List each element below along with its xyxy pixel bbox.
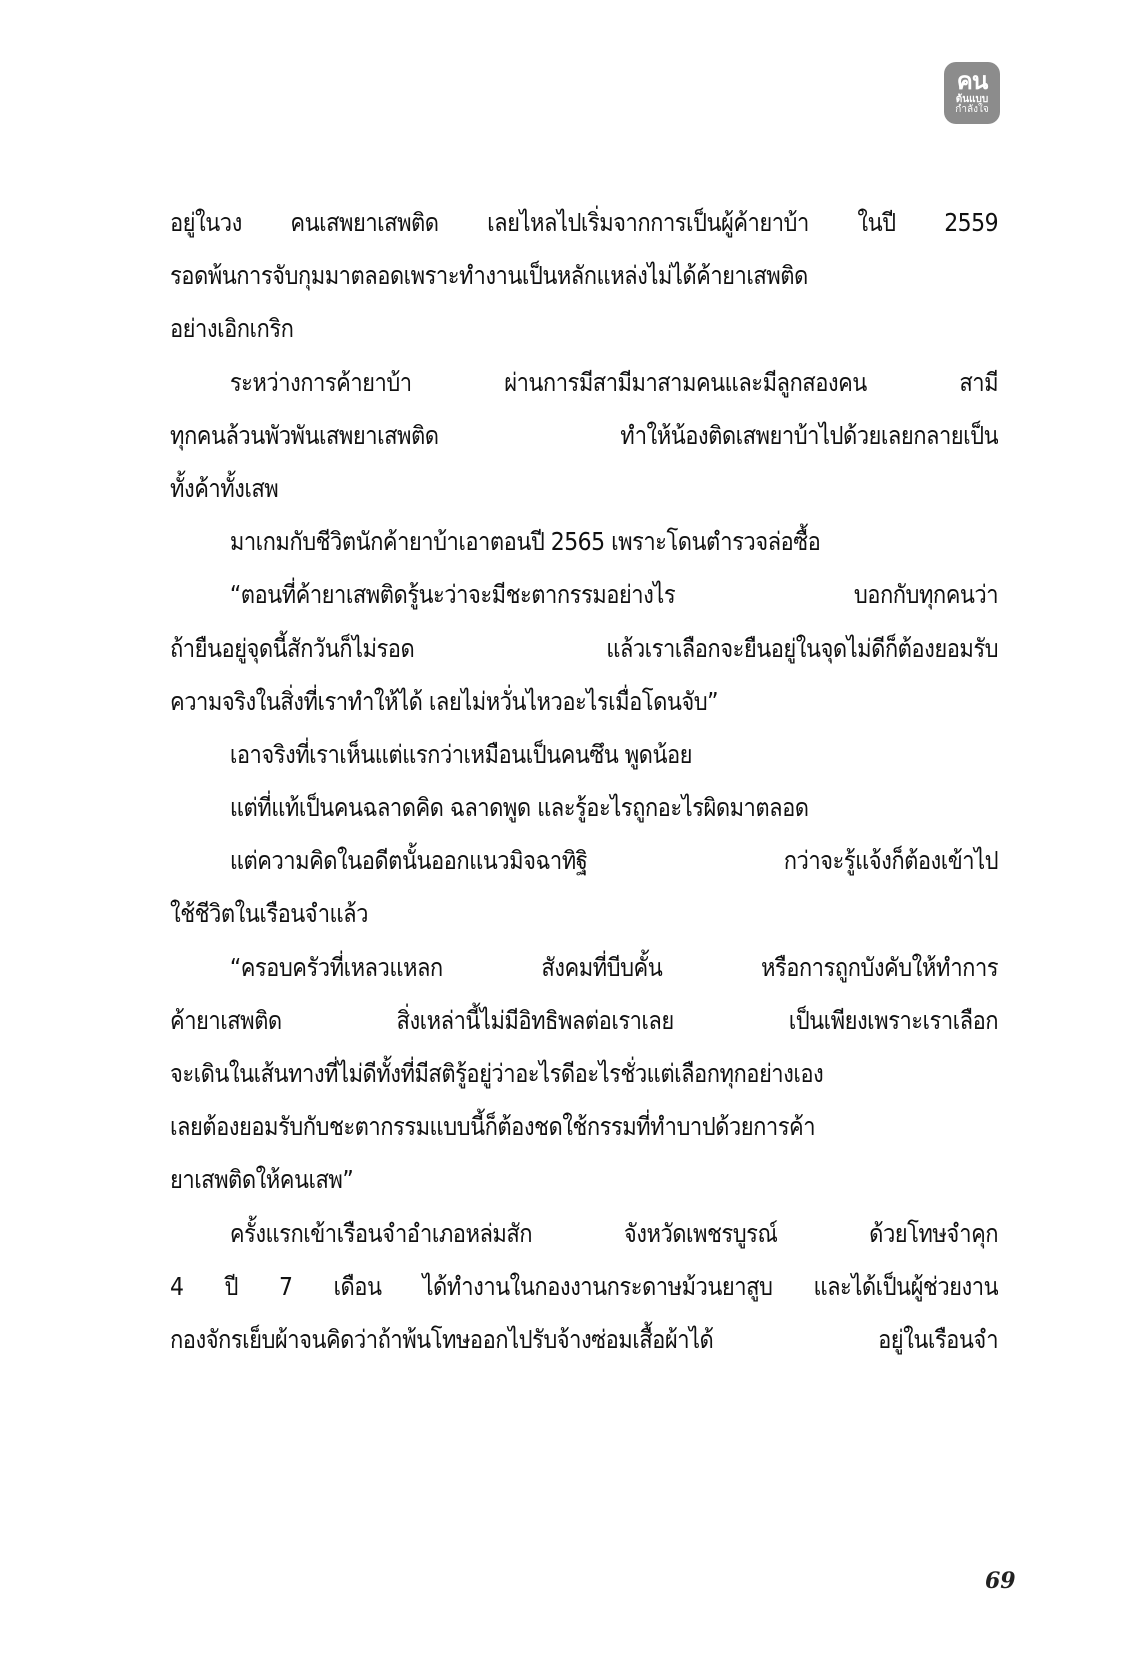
text-line: ค้ายาเสพติด สิ่งเหล่านี้ไม่มีอิทธิพลต่อเ…	[170, 994, 998, 1047]
text-line: “ตอนที่ค้ายาเสพติดรู้นะว่าจะมีชะตากรรมอย…	[170, 568, 998, 621]
text-line: ทั้งค้าทั้งเสพ	[170, 462, 899, 515]
text-line: จะเดินในเส้นทางที่ไม่ดีทั้งที่มีสติรู้อย…	[170, 1047, 998, 1100]
text-line: “ครอบครัวที่เหลวแหลก สังคมที่บีบคั้น หรื…	[170, 941, 998, 994]
text-line: เลยต้องยอมรับกับชะตากรรมแบบนี้ก็ต้องชดใช…	[170, 1100, 998, 1153]
text-line: ครั้งแรกเข้าเรือนจำอำเภอหล่มสัก จังหวัดเ…	[170, 1207, 998, 1260]
text-line: ทุกคนล้วนพัวพันเสพยาเสพติด ทำให้น้องติดเ…	[170, 409, 998, 462]
text-line: มาเกมกับชีวิตนักค้ายาบ้าเอาตอนปี 2565 เพ…	[170, 515, 899, 568]
logo-subtitle-1: ต้นแบบ	[956, 95, 988, 105]
text-line: เอาจริงที่เราเห็นแต่แรกว่าเหมือนเป็นคนซึ…	[170, 728, 899, 781]
text-line: อย่างเอิกเกริก	[170, 302, 899, 355]
text-line: แต่ความคิดในอดีตนั้นออกแนวมิจฉาทิฐิ กว่า…	[170, 834, 998, 887]
text-line: รอดพ้นการจับกุมมาตลอดเพราะทำงานเป็นหลักแ…	[170, 249, 998, 302]
logo-subtitle-2: กำลังใจ	[955, 105, 988, 115]
text-line: ความจริงในสิ่งที่เราทำให้ได้ เลยไม่หวั่น…	[170, 675, 899, 728]
book-logo-badge: คน ต้นแบบ กำลังใจ	[944, 62, 1000, 124]
text-line: แต่ที่แท้เป็นคนฉลาดคิด ฉลาดพูด และรู้อะไ…	[170, 781, 899, 834]
text-line: กองจักรเย็บผ้าจนคิดว่าถ้าพ้นโทษออกไปรับจ…	[170, 1313, 998, 1366]
text-line: ใช้ชีวิตในเรือนจำแล้ว	[170, 887, 899, 940]
text-line: ระหว่างการค้ายาบ้า ผ่านการมีสามีมาสามคนแ…	[170, 356, 998, 409]
page-body-text: อยู่ในวง คนเสพยาเสพติด เลยไหลไปเริ่มจากก…	[170, 196, 998, 1366]
text-line: อยู่ในวง คนเสพยาเสพติด เลยไหลไปเริ่มจากก…	[170, 196, 998, 249]
logo-title: คน	[957, 70, 987, 94]
text-line: 4 ปี 7 เดือน ได้ทำงานในกองงานกระดาษม้วนย…	[170, 1260, 998, 1313]
text-line: ยาเสพติดให้คนเสพ”	[170, 1153, 899, 1206]
page-number: 69	[985, 1568, 1016, 1594]
text-line: ถ้ายืนอยู่จุดนี้สักวันก็ไม่รอด แล้วเราเล…	[170, 622, 998, 675]
